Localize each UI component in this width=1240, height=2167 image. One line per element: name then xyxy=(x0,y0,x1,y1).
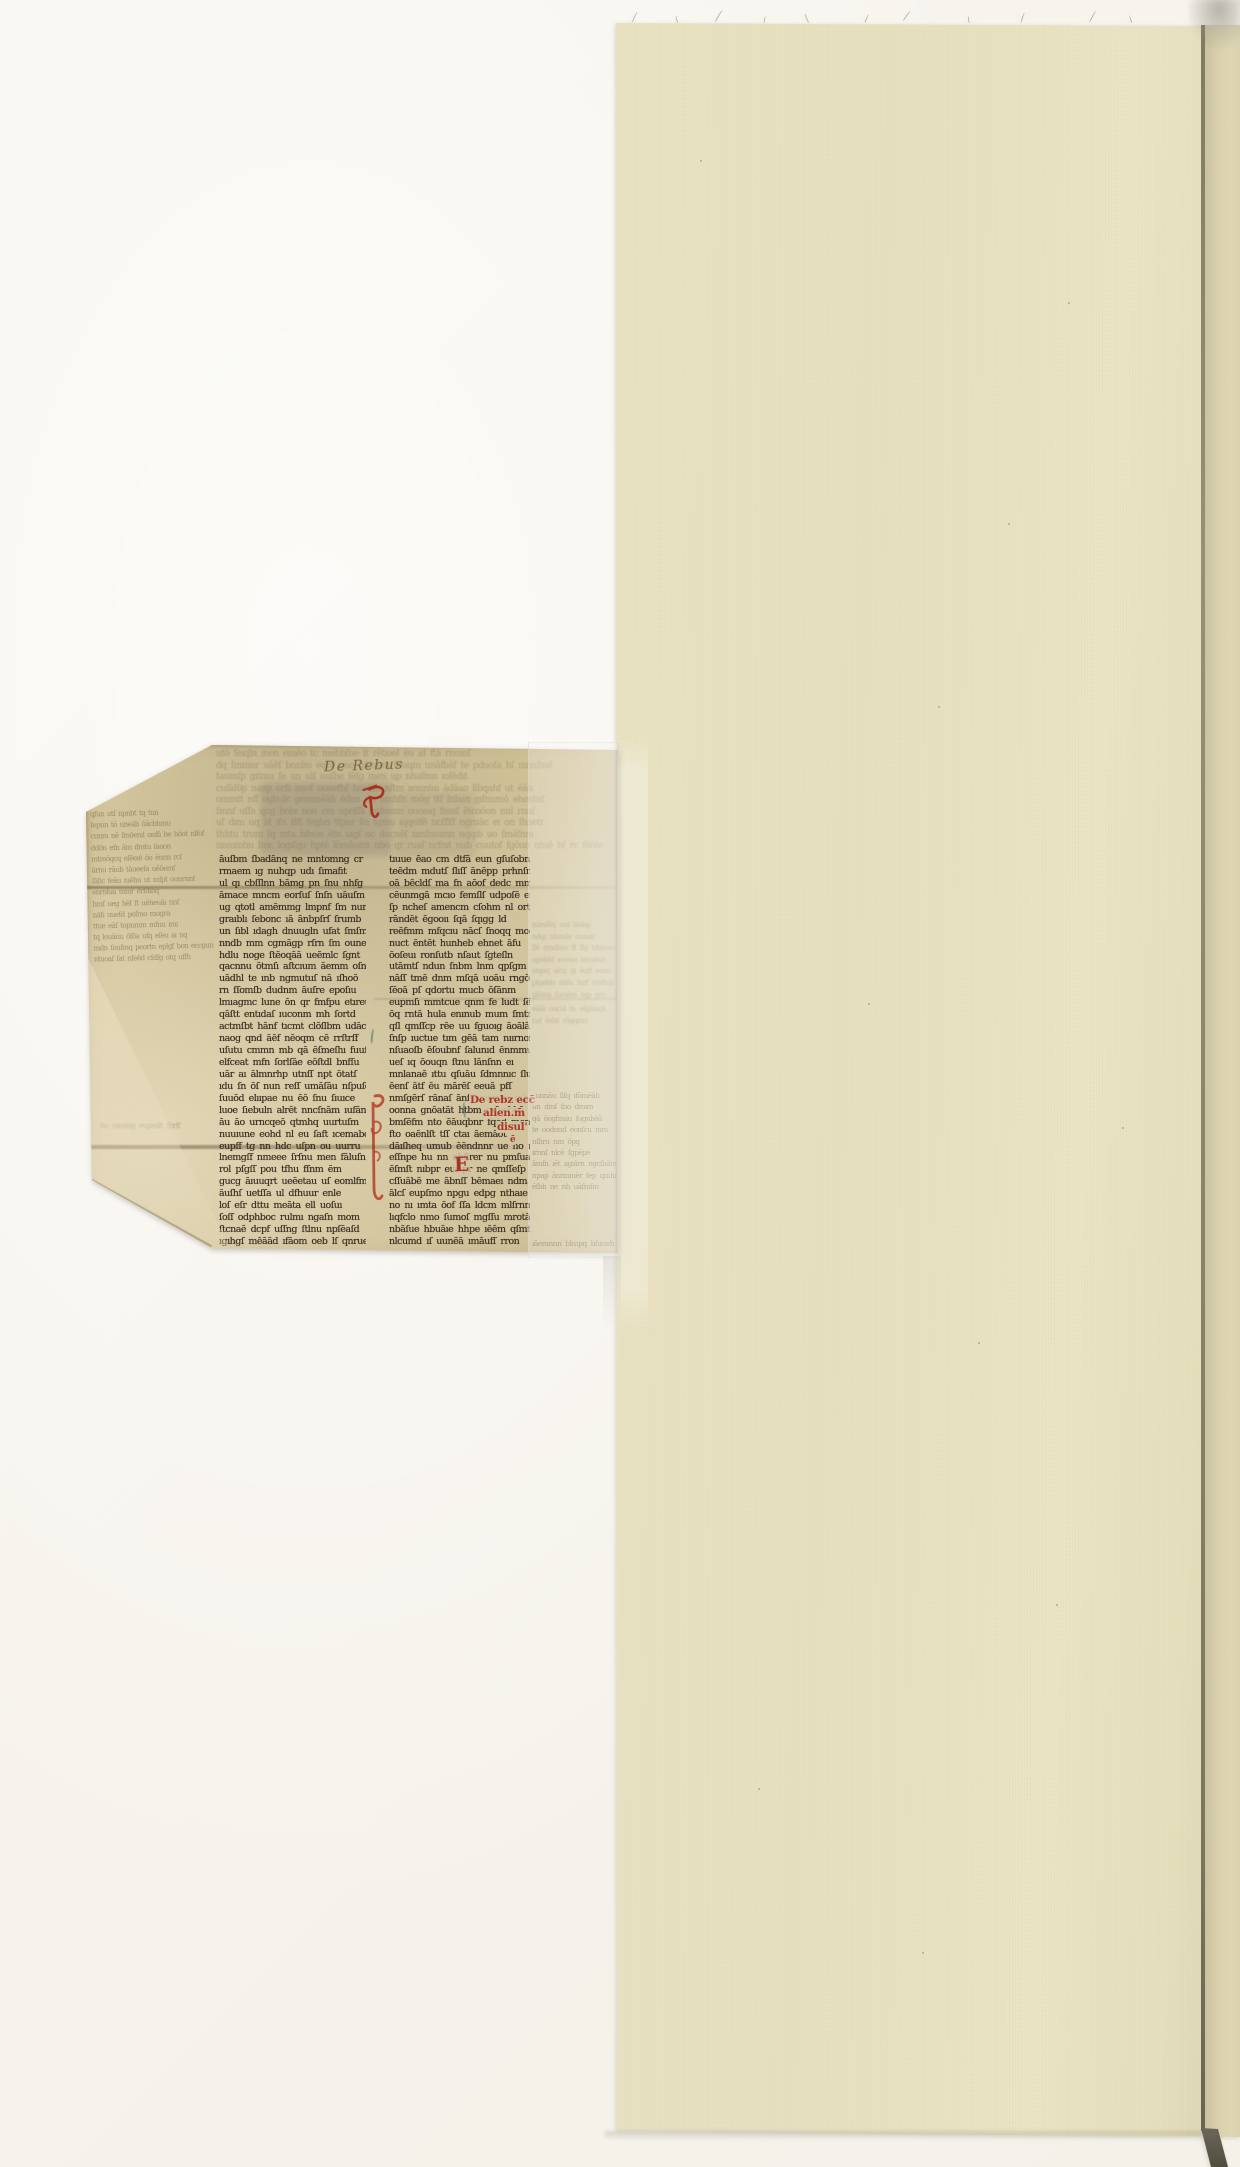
folded-corner xyxy=(84,920,234,1257)
rubric-line-1: De rebz ecc̄ xyxy=(469,1094,536,1106)
red-paraph-mark xyxy=(356,781,392,826)
album-page-leaf xyxy=(616,23,1205,2136)
edge-fiber xyxy=(1129,15,1134,23)
edge-fiber xyxy=(675,15,679,23)
paper-speck xyxy=(1008,523,1010,525)
red-initial-flourish xyxy=(365,1092,387,1210)
gutter-top-shadow xyxy=(1188,0,1240,50)
teal-paraph-mark xyxy=(370,1029,377,1044)
paper-speck xyxy=(868,1003,870,1005)
edge-fiber xyxy=(763,16,766,23)
tissue-guard-on-page xyxy=(617,738,648,1332)
adjacent-leaf-edge xyxy=(1205,25,1240,2137)
photo-backdrop: { "scene": { "description": "Medieval pa… xyxy=(0,0,1240,2167)
ink-smudge xyxy=(396,792,476,856)
rubric-line-2: alien.m̄ xyxy=(482,1107,526,1119)
rubric-line-3: disul' xyxy=(496,1121,528,1133)
tissue-guard-tail xyxy=(603,1256,621,1328)
paper-speck xyxy=(1122,1127,1124,1129)
fragment-heading: De Rebus xyxy=(324,757,404,776)
text-column-1: āuſbm ſbadānq ne mntomng crrmaem ıg nuhq… xyxy=(219,854,366,1250)
page-bottom-shadow xyxy=(605,2131,1205,2140)
paper-speck xyxy=(978,1342,980,1344)
paper-speck xyxy=(700,160,702,162)
edge-fiber xyxy=(967,16,970,23)
rubric-line-4: ē xyxy=(509,1135,516,1145)
text-column-2: tıuue ēao cm dtfā eun gſuſobnteēdm mdutſ… xyxy=(389,854,530,1250)
tissue-guard xyxy=(528,742,619,1258)
edge-fiber xyxy=(865,14,870,23)
edge-fiber xyxy=(804,13,810,23)
edge-fiber xyxy=(903,11,912,22)
edge-fiber xyxy=(715,9,724,22)
edge-fiber xyxy=(1089,10,1097,22)
paper-speck xyxy=(758,1788,760,1790)
edge-fiber xyxy=(632,11,639,23)
page-gutter-line xyxy=(1201,25,1205,2131)
paper-speck xyxy=(922,1952,924,1954)
paper-speck xyxy=(938,706,940,708)
edge-fiber xyxy=(1020,12,1025,23)
paper-speck xyxy=(1056,1604,1058,1606)
paper-speck xyxy=(1068,302,1070,304)
rubric-initial-E: E xyxy=(453,1152,471,1177)
